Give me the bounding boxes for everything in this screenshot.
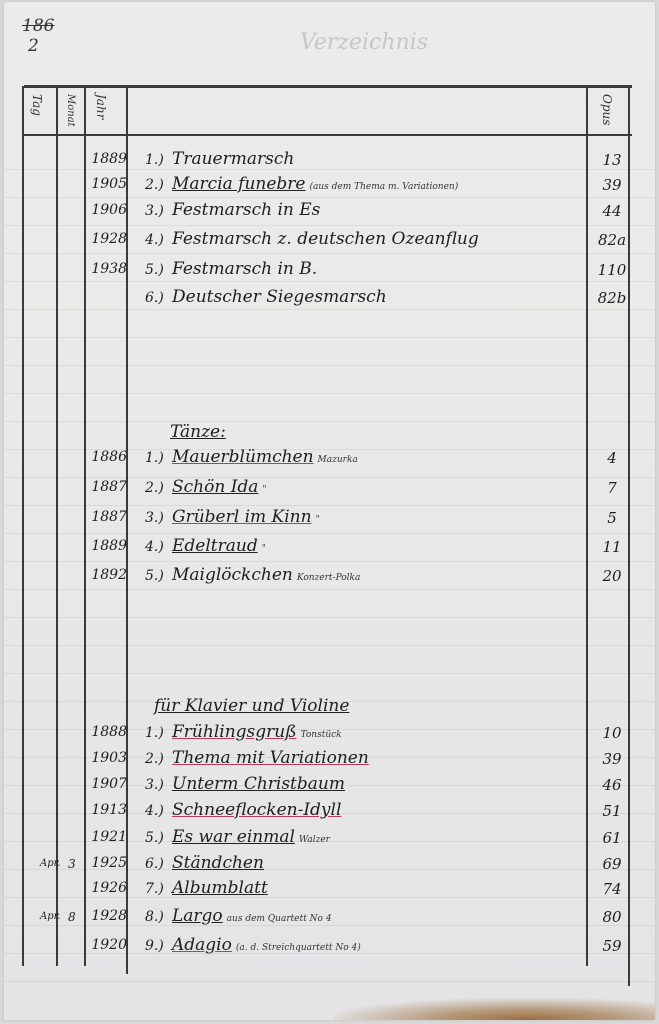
entry-opus: 110 <box>594 261 630 279</box>
entry-year: 1920 <box>89 937 127 953</box>
entry-note: (aus dem Thema m. Variationen) <box>310 182 459 192</box>
entry-year: 1889 <box>89 538 127 554</box>
entry-opus: 59 <box>594 937 630 955</box>
entry-note: (a. d. Streichquartett No 4) <box>236 943 361 953</box>
entry-row: 19073.)Unterm Christbaum46 <box>4 773 655 799</box>
entry-year: 1913 <box>89 802 127 818</box>
entry-title-text: Festmarsch in Es <box>172 200 320 220</box>
entry-title-text: Mauerblümchen <box>172 447 314 467</box>
entry-year: 1888 <box>89 724 127 740</box>
entry-opus: 11 <box>594 538 630 556</box>
entry-title: Edeltraud" <box>172 536 266 556</box>
entry-note: " <box>262 544 266 554</box>
entry-title-text: Ständchen <box>172 853 264 873</box>
entry-year: 1886 <box>89 449 127 465</box>
entry-row: 19209.)Adagio(a. d. Streichquartett No 4… <box>4 934 655 960</box>
entry-title: Schön Ida" <box>172 477 267 497</box>
entry-title-text: Trauermarsch <box>172 149 294 169</box>
entry-note: Mazurka <box>318 455 358 465</box>
entry-title-text: Schön Ida <box>172 477 258 497</box>
folio-number: 186 2 <box>22 16 54 56</box>
entry-number: 5.) <box>145 568 164 584</box>
entry-number: 4.) <box>145 539 164 555</box>
entry-title-text: Grüberl im Kinn <box>172 507 312 527</box>
entry-row: 19284.)Festmarsch z. deutschen Ozeanflug… <box>4 228 655 254</box>
entry-opus: 61 <box>594 829 630 847</box>
folio-current: 2 <box>22 36 54 56</box>
entry-row: Apr.819288.)Largoaus dem Quartett No 480 <box>4 905 655 931</box>
entry-day: 8 <box>68 910 76 924</box>
entry-number: 3.) <box>145 510 164 526</box>
entry-year: 1889 <box>89 151 127 167</box>
entry-year: 1903 <box>89 750 127 766</box>
entry-title-text: Adagio <box>172 935 232 955</box>
entry-title-text: Frühlingsgruß <box>172 722 297 742</box>
section-heading-dances: Tänze: <box>170 422 226 442</box>
entry-opus: 7 <box>594 479 630 497</box>
entry-row: 18873.)Grüberl im Kinn"5 <box>4 506 655 532</box>
entry-row: 19052.)Marcia funebre(aus dem Thema m. V… <box>4 173 655 199</box>
entry-opus: 5 <box>594 509 630 527</box>
ledger-page: 186 2 Verzeichnis Tag Monat Jahr Opus 18… <box>4 2 655 1020</box>
entry-number: 2.) <box>145 177 164 193</box>
entry-title-text: Thema mit Variationen <box>172 748 369 768</box>
entry-opus: 4 <box>594 449 630 467</box>
entry-opus: 39 <box>594 750 630 768</box>
entry-note: " <box>316 515 320 525</box>
entry-row: 18881.)FrühlingsgrußTonstück10 <box>4 721 655 747</box>
entry-title-text: Maiglöckchen <box>172 565 293 585</box>
entry-note: Tonstück <box>301 730 342 740</box>
entry-opus: 51 <box>594 802 630 820</box>
entry-title: Adagio(a. d. Streichquartett No 4) <box>172 935 361 955</box>
entry-number: 4.) <box>145 232 164 248</box>
entry-title-text: Edeltraud <box>172 536 258 556</box>
entry-title-text: Festmarsch in B. <box>172 259 317 279</box>
col-header-month: Monat <box>65 94 76 127</box>
entry-day: 3 <box>68 857 76 871</box>
entry-title: FrühlingsgrußTonstück <box>172 722 342 742</box>
entry-title: Unterm Christbaum <box>172 774 349 794</box>
entry-number: 9.) <box>145 938 164 954</box>
entry-title-text: Unterm Christbaum <box>172 774 345 794</box>
entry-number: 3.) <box>145 777 164 793</box>
entry-number: 1.) <box>145 152 164 168</box>
entry-year: 1907 <box>89 776 127 792</box>
entry-title: Festmarsch in B. <box>172 259 321 279</box>
entry-month: Apr. <box>40 858 60 869</box>
entry-opus: 44 <box>594 202 630 220</box>
entry-number: 4.) <box>145 803 164 819</box>
entry-year: 1887 <box>89 479 127 495</box>
entry-title: Ständchen <box>172 853 268 873</box>
entry-year: 1887 <box>89 509 127 525</box>
entry-note: Walzer <box>299 835 330 845</box>
entry-year: 1921 <box>89 829 127 845</box>
entry-row: 18925.)MaiglöckchenKonzert-Polka20 <box>4 564 655 590</box>
entry-year: 1892 <box>89 567 127 583</box>
entry-number: 6.) <box>145 856 164 872</box>
col-header-day: Tag <box>30 94 44 116</box>
entry-number: 7.) <box>145 881 164 897</box>
entry-number: 2.) <box>145 480 164 496</box>
entry-opus: 39 <box>594 176 630 194</box>
entry-note: Konzert-Polka <box>297 573 361 583</box>
col-header-year: Jahr <box>94 94 108 119</box>
entry-number: 8.) <box>145 909 164 925</box>
entry-title: Deutscher Siegesmarsch <box>172 287 391 307</box>
section-heading-piano-violin: für Klavier und Violine <box>154 696 349 716</box>
entry-opus: 20 <box>594 567 630 585</box>
faint-header-title: Verzeichnis <box>300 30 428 55</box>
entry-opus: 82b <box>594 289 630 307</box>
entry-opus: 74 <box>594 880 630 898</box>
entry-number: 5.) <box>145 262 164 278</box>
entry-title: Trauermarsch <box>172 149 298 169</box>
header-rule <box>24 134 632 136</box>
entry-year: 1928 <box>89 908 127 924</box>
entry-opus: 80 <box>594 908 630 926</box>
col-header-opus: Opus <box>600 94 614 125</box>
entry-row: 6.)Deutscher Siegesmarsch82b <box>4 286 655 312</box>
entry-opus: 46 <box>594 776 630 794</box>
entry-month: Apr. <box>40 911 60 922</box>
entry-row: 19032.)Thema mit Variationen39 <box>4 747 655 773</box>
entry-title: Festmarsch z. deutschen Ozeanflug <box>172 229 483 249</box>
entry-title-text: Marcia funebre <box>172 174 306 194</box>
entry-opus: 69 <box>594 855 630 873</box>
entry-number: 3.) <box>145 203 164 219</box>
entry-title-text: Festmarsch z. deutschen Ozeanflug <box>172 229 479 249</box>
top-rule <box>24 85 632 88</box>
entry-note: " <box>262 485 266 495</box>
entry-row: 18891.)Trauermarsch13 <box>4 148 655 174</box>
entry-opus: 13 <box>594 151 630 169</box>
entry-year: 1925 <box>89 855 127 871</box>
entry-title: Es war einmalWalzer <box>172 827 330 847</box>
entry-title: Schneeflocken-Idyll <box>172 800 345 820</box>
entry-number: 6.) <box>145 290 164 306</box>
entry-number: 5.) <box>145 830 164 846</box>
entry-row: 18861.)MauerblümchenMazurka4 <box>4 446 655 472</box>
entry-year: 1905 <box>89 176 127 192</box>
entry-year: 1906 <box>89 202 127 218</box>
entry-year: 1928 <box>89 231 127 247</box>
entry-title: Thema mit Variationen <box>172 748 373 768</box>
entry-row: 19385.)Festmarsch in B.110 <box>4 258 655 284</box>
entry-opus: 10 <box>594 724 630 742</box>
entry-title-text: Es war einmal <box>172 827 295 847</box>
entry-row: 19134.)Schneeflocken-Idyll51 <box>4 799 655 825</box>
entry-row: Apr.319256.)Ständchen69 <box>4 852 655 878</box>
entry-title: Grüberl im Kinn" <box>172 507 320 527</box>
entry-title-text: Albumblatt <box>172 878 268 898</box>
entry-title: Marcia funebre(aus dem Thema m. Variatio… <box>172 174 458 194</box>
entry-title: Festmarsch in Es <box>172 200 324 220</box>
entry-title: MauerblümchenMazurka <box>172 447 358 467</box>
entry-number: 1.) <box>145 725 164 741</box>
entry-title-text: Largo <box>172 906 223 926</box>
entry-note: aus dem Quartett No 4 <box>227 914 332 924</box>
entry-title: Largoaus dem Quartett No 4 <box>172 906 332 926</box>
entry-row: 19063.)Festmarsch in Es44 <box>4 199 655 225</box>
entry-title: Albumblatt <box>172 878 272 898</box>
entry-row: 18872.)Schön Ida"7 <box>4 476 655 502</box>
entry-number: 1.) <box>145 450 164 466</box>
entry-number: 2.) <box>145 751 164 767</box>
folio-struck: 186 <box>22 16 54 36</box>
entry-row: 18894.)Edeltraud"11 <box>4 535 655 561</box>
entry-row: 19267.)Albumblatt74 <box>4 877 655 903</box>
entry-year: 1938 <box>89 261 127 277</box>
entry-title: MaiglöckchenKonzert-Polka <box>172 565 360 585</box>
entry-title-text: Deutscher Siegesmarsch <box>172 287 387 307</box>
entry-title-text: Schneeflocken-Idyll <box>172 800 341 820</box>
entry-row: 19215.)Es war einmalWalzer61 <box>4 826 655 852</box>
entry-year: 1926 <box>89 880 127 896</box>
entry-opus: 82a <box>594 231 630 249</box>
